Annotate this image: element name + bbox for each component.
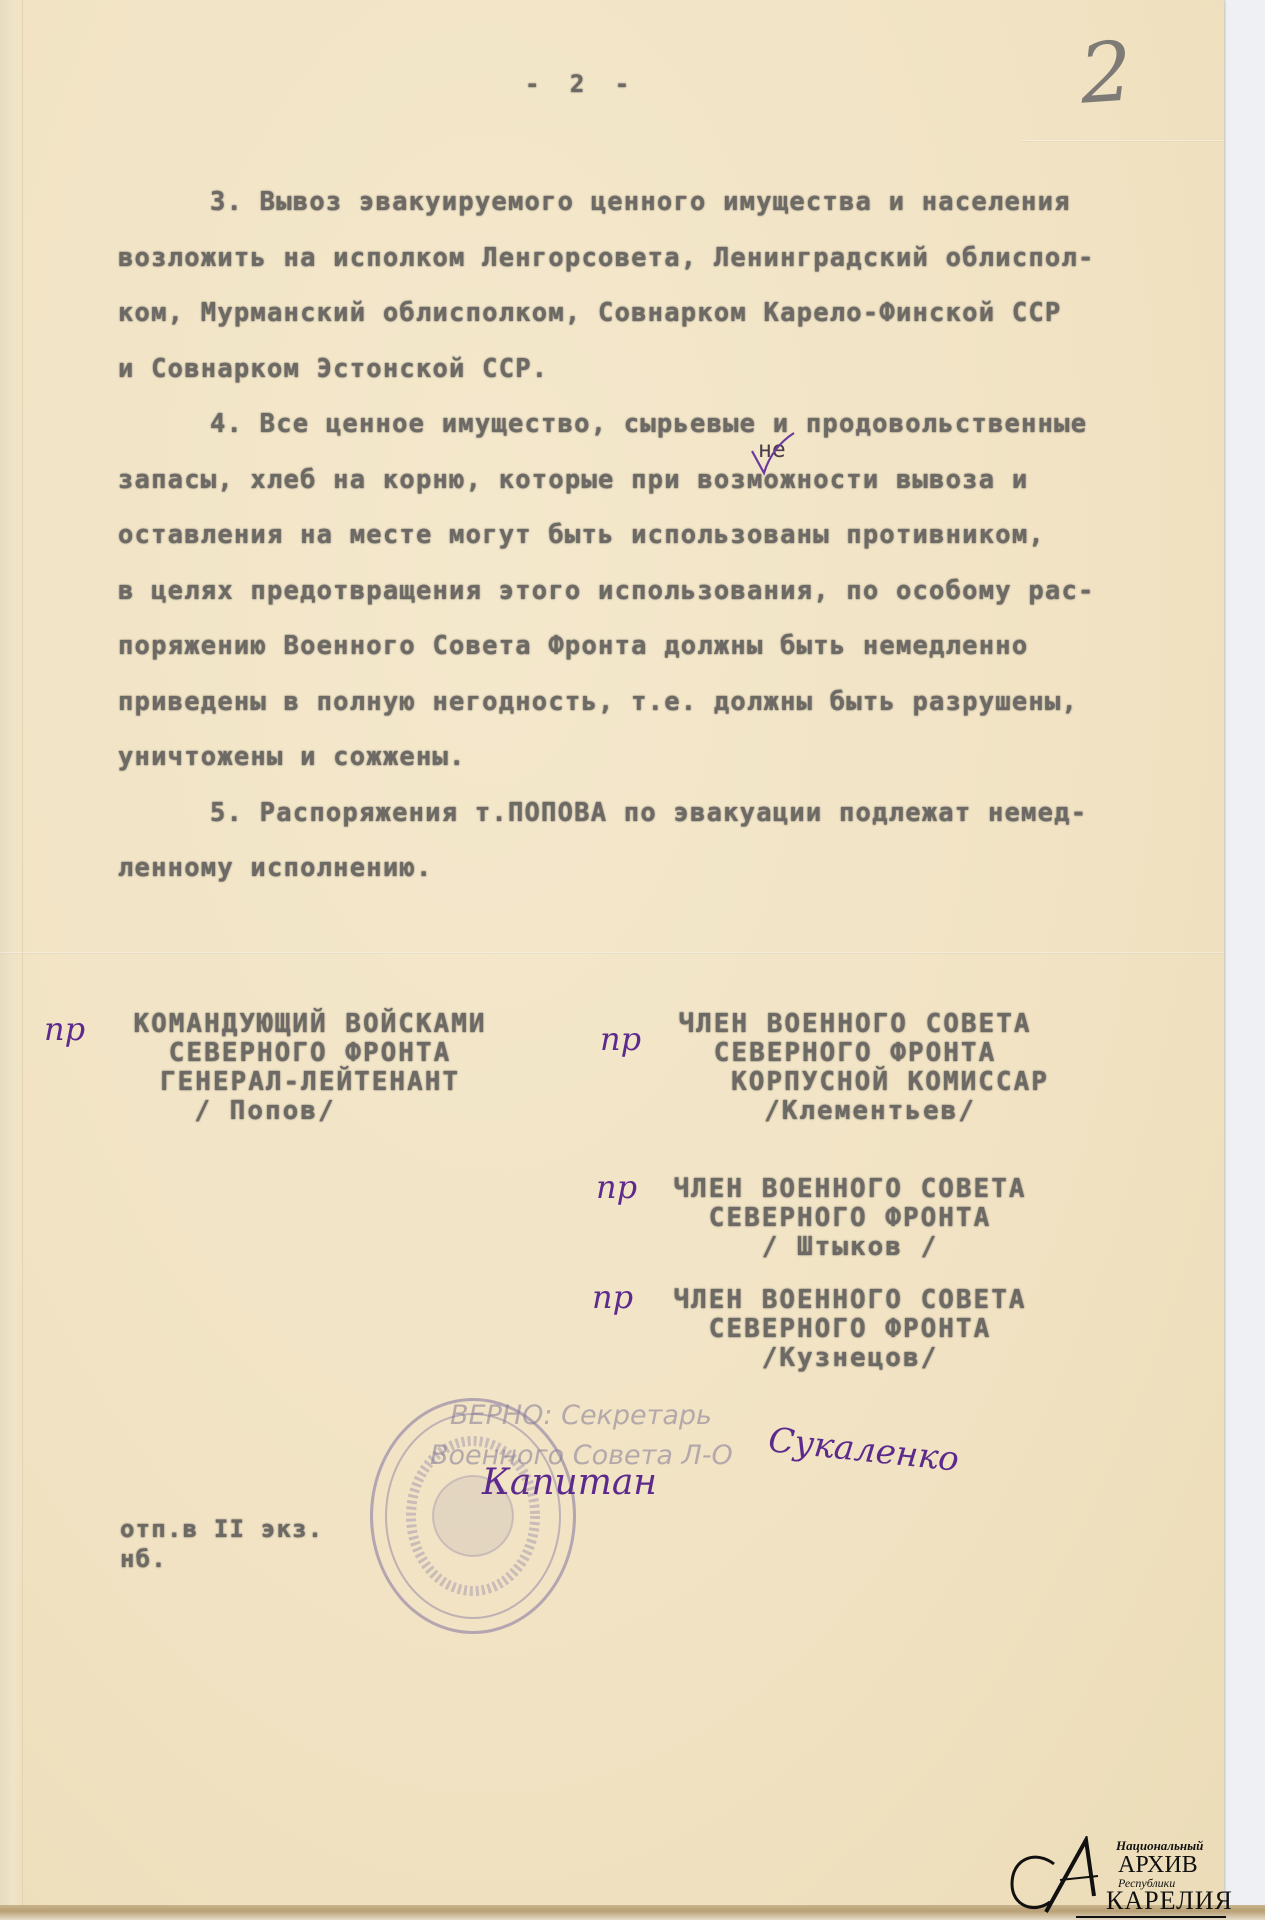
signature-commander: КОМАНДУЮЩИЙ ВОЙСКАМИ СЕВЕРНОГО ФРОНТА ГЕ…: [110, 1010, 510, 1126]
text-line: оставления на месте могут быть использов…: [118, 508, 1198, 564]
certification-stamp-line1: ВЕРНО: Секретарь: [450, 1400, 712, 1431]
logo-underline: [1076, 1916, 1226, 1918]
text-line: и Совнарком Эстонской ССР.: [118, 342, 1198, 398]
initial-mark: пр: [596, 1168, 637, 1206]
initial-mark: пр: [44, 1010, 85, 1048]
outgoing-note: отп.в II экз. нб.: [120, 1514, 323, 1574]
text-line: 3. Вывоз эвакуируемого ценного имущества…: [118, 175, 1198, 231]
initial-mark: пр: [600, 1020, 641, 1058]
text-line: 5. Распоряжения т.ПОПОВА по эвакуации по…: [118, 786, 1198, 842]
paragraph-3: 3. Вывоз эвакуируемого ценного имущества…: [118, 175, 1198, 397]
text-line: приведены в полную негодность, т.е. долж…: [118, 675, 1198, 731]
paragraph-5: 5. Распоряжения т.ПОПОВА по эвакуации по…: [118, 786, 1198, 897]
paragraph-4: 4. Все ценное имущество, сырьевые и прод…: [118, 397, 1198, 786]
folio-number: 2: [1077, 24, 1136, 122]
text-line: возложить на исполком Ленгорсовета, Лени…: [118, 231, 1198, 287]
text-line: поряжению Военного Совета Фронта должны …: [118, 619, 1198, 675]
text-line: уничтожены и сожжены.: [118, 730, 1198, 786]
text-line: запасы, хлеб на корню, которые при возмо…: [118, 453, 1198, 509]
handwritten-correction: не: [758, 437, 786, 463]
insertion-check-icon: [750, 429, 800, 479]
text-line: 4. Все ценное имущество, сырьевые и прод…: [118, 397, 1198, 453]
text-line: в целях предотвращения этого использован…: [118, 564, 1198, 620]
archive-monogram-icon: [1006, 1836, 1116, 1920]
fold-line: [0, 952, 1224, 954]
archive-logo: Национальный АРХИВ Республики КАРЕЛИЯ: [1006, 1836, 1264, 1920]
seal-emblem-icon: [373, 1401, 573, 1631]
text-line: ленному исполнению.: [118, 841, 1198, 897]
official-seal: [370, 1398, 576, 1634]
document-page: - 2 - 2 3. Вывоз эвакуируемого ценного и…: [0, 0, 1224, 1905]
signature-member-shtykov: ЧЛЕН ВОЕННОГО СОВЕТА СЕВЕРНОГО ФРОНТА / …: [650, 1175, 1050, 1262]
signature-member-klementyev: ЧЛЕН ВОЕННОГО СОВЕТА СЕВЕРНОГО ФРОНТА КО…: [650, 1010, 1090, 1126]
text-line: ком, Мурманский облисполком, Совнарком К…: [118, 286, 1198, 342]
page-marker: - 2 -: [525, 70, 637, 98]
handwritten-rank: Капитан: [482, 1462, 657, 1503]
document-body: 3. Вывоз эвакуируемого ценного имущества…: [118, 175, 1198, 897]
handwritten-signature: Сукаленко: [766, 1420, 960, 1480]
initial-mark: пр: [592, 1278, 633, 1316]
fold-crease: [1020, 140, 1224, 142]
signature-member-kuznetsov: ЧЛЕН ВОЕННОГО СОВЕТА СЕВЕРНОГО ФРОНТА /К…: [650, 1286, 1050, 1373]
